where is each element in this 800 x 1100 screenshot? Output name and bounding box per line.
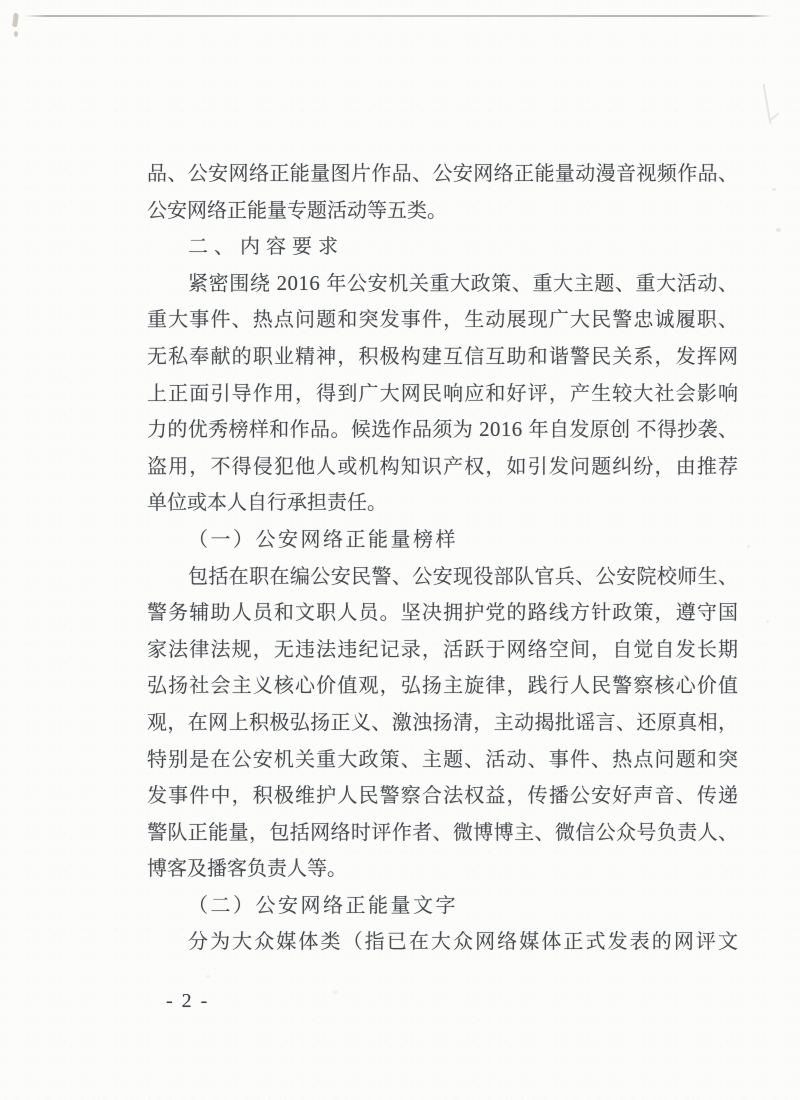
scan-artifact-corner-mark (12, 13, 19, 28)
scan-artifact-speck (766, 620, 769, 623)
text-line: 重大事件、热点问题和突发事件，生动展现广大民警忠诚履职、 (147, 302, 738, 339)
text-line: 品、公安网络正能量图片作品、公安网络正能量动漫音视频作品、 (147, 156, 738, 193)
heading: 二、内容要求 (147, 229, 738, 266)
digit-run: 2016 (479, 418, 523, 441)
scan-artifact-corner-dot (14, 31, 18, 37)
paragraph: 品、公安网络正能量图片作品、公安网络正能量动漫音视频作品、公安网络正能量专题活动… (147, 156, 738, 229)
document-page: 品、公安网络正能量图片作品、公安网络正能量动漫音视频作品、公安网络正能量专题活动… (0, 0, 800, 1100)
scan-artifact-speck (747, 545, 750, 548)
scan-artifact-ghost-mark (764, 82, 780, 134)
text-line: 力的优秀榜样和作品。候选作品须为 2016 年自发原创 不得抄袭、 (147, 412, 738, 449)
text-line: 公安网络正能量专题活动等五类。 (147, 193, 738, 230)
scan-artifact-speck (772, 188, 776, 191)
text-line: 包括在职在编公安民警、公安现役部队官兵、公安院校师生、 (147, 559, 738, 596)
text-line: 发事件中，积极维护人民警察合法权益，传播公安好声音、传递 (147, 778, 738, 815)
text-line: 家法律法规，无违法违纪记录，活跃于网络空间，自觉自发长期 (147, 632, 738, 669)
text-line: 分为大众媒体类（指已在大众网络媒体正式发表的网评文 (147, 924, 738, 961)
digit-run: 2016 (277, 272, 321, 295)
text-line: 博客及播客负责人等。 (147, 851, 738, 888)
page-number: - 2 - (166, 990, 209, 1013)
heading: （二）公安网络正能量文字 (147, 888, 738, 925)
paragraph: 包括在职在编公安民警、公安现役部队官兵、公安院校师生、警务辅助人员和文职人员。坚… (147, 559, 738, 888)
text-line: 无私奉献的职业精神，积极构建互信互助和谐警民关系，发挥网 (147, 339, 738, 376)
scan-artifact-topline (24, 15, 772, 17)
paragraph: 分为大众媒体类（指已在大众网络媒体正式发表的网评文 (147, 924, 738, 961)
text-line: 警务辅助人员和文职人员。坚决拥护党的路线方针政策，遵守国 (147, 595, 738, 632)
text-line: 单位或本人自行承担责任。 (147, 485, 738, 522)
text-line: （二）公安网络正能量文字 (147, 888, 738, 925)
text-line: 紧密围绕 2016 年公安机关重大政策、重大主题、重大活动、 (147, 266, 738, 303)
text-line: 二、内容要求 (147, 229, 738, 266)
scan-artifact-speck (332, 990, 338, 994)
scan-artifact-speck (776, 228, 781, 232)
scan-artifact-speck (206, 975, 210, 978)
text-line: 弘扬社会主义核心价值观，弘扬主旋律，践行人民警察核心价值 (147, 668, 738, 705)
paragraph: 紧密围绕 2016 年公安机关重大政策、重大主题、重大活动、重大事件、热点问题和… (147, 266, 738, 522)
heading: （一）公安网络正能量榜样 (147, 522, 738, 559)
text-line: （一）公安网络正能量榜样 (147, 522, 738, 559)
text-line: 上正面引导作用，得到广大网民响应和好评，产生较大社会影响 (147, 376, 738, 413)
text-line: 警队正能量，包括网络时评作者、微博博主、微信公众号负责人、 (147, 815, 738, 852)
text-line: 特别是在公安机关重大政策、主题、活动、事件、热点问题和突 (147, 742, 738, 779)
document-body: 品、公安网络正能量图片作品、公安网络正能量动漫音视频作品、公安网络正能量专题活动… (147, 156, 738, 961)
text-line: 盗用，不得侵犯他人或机构知识产权，如引发问题纠纷，由推荐 (147, 449, 738, 486)
text-line: 观，在网上积极弘扬正义、激浊扬清，主动揭批谣言、还原真相， (147, 705, 738, 742)
